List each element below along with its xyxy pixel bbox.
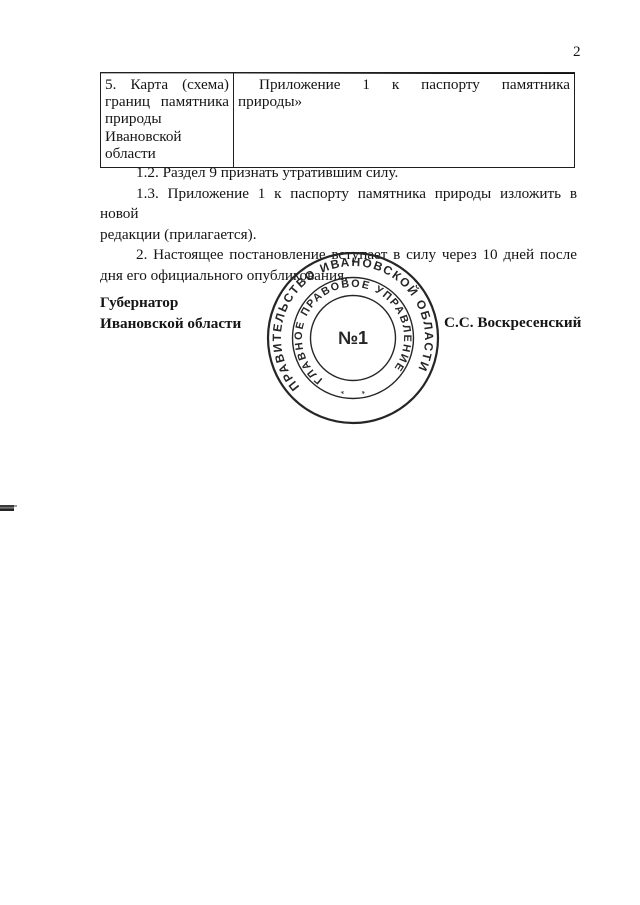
stamp-number: №1 [338, 328, 368, 348]
table-cell-attachment: Приложение 1 к паспорту памятника природ… [234, 73, 574, 167]
paragraph-1-3: 1.3. Приложение 1 к паспорту памятника п… [100, 184, 577, 246]
table-cell-map-schema: 5. Карта (схема) границ памятника природ… [101, 73, 234, 167]
table-cell-line: природы» [238, 93, 570, 110]
table-cell-line: природы [105, 110, 229, 127]
paragraph-line: 1.3. Приложение 1 к паспорту памятника п… [100, 184, 577, 225]
paragraph-line: 1.2. Раздел 9 признать утратившим силу. [100, 163, 577, 184]
stamp-star-separator: * [360, 386, 366, 397]
stamp-star-separator: * [340, 386, 346, 397]
amendments-table: 5. Карта (схема) границ памятника природ… [100, 72, 575, 168]
stamp-ring-texts: ПРАВИТЕЛЬСТВО ИВАНОВСКОЙ ОБЛАСТИ ГЛАВНОЕ… [263, 248, 442, 396]
stamp-seal-icon: ПРАВИТЕЛЬСТВО ИВАНОВСКОЙ ОБЛАСТИ ГЛАВНОЕ… [263, 248, 443, 428]
document-page: 2 5. Карта (схема) границ памятника прир… [0, 0, 640, 905]
signature-name: С.С. Воскресенский [444, 314, 581, 332]
table-cell-line: области [105, 145, 229, 162]
table-cell-line: Ивановской [105, 128, 229, 145]
page-number: 2 [573, 43, 581, 61]
stamp-outer-ring-text: ПРАВИТЕЛЬСТВО ИВАНОВСКОЙ ОБЛАСТИ [263, 248, 442, 396]
scan-artifact-mark [0, 505, 14, 511]
table-cell-line: границ памятника [105, 93, 229, 110]
table-cell-line: 5. Карта (схема) [105, 76, 229, 93]
official-round-stamp: ПРАВИТЕЛЬСТВО ИВАНОВСКОЙ ОБЛАСТИ ГЛАВНОЕ… [263, 248, 443, 428]
paragraph-line: редакции (прилагается). [100, 225, 577, 246]
paragraph-1-2: 1.2. Раздел 9 признать утратившим силу. [100, 163, 577, 184]
table-cell-line: Приложение 1 к паспорту памятника [238, 76, 570, 93]
